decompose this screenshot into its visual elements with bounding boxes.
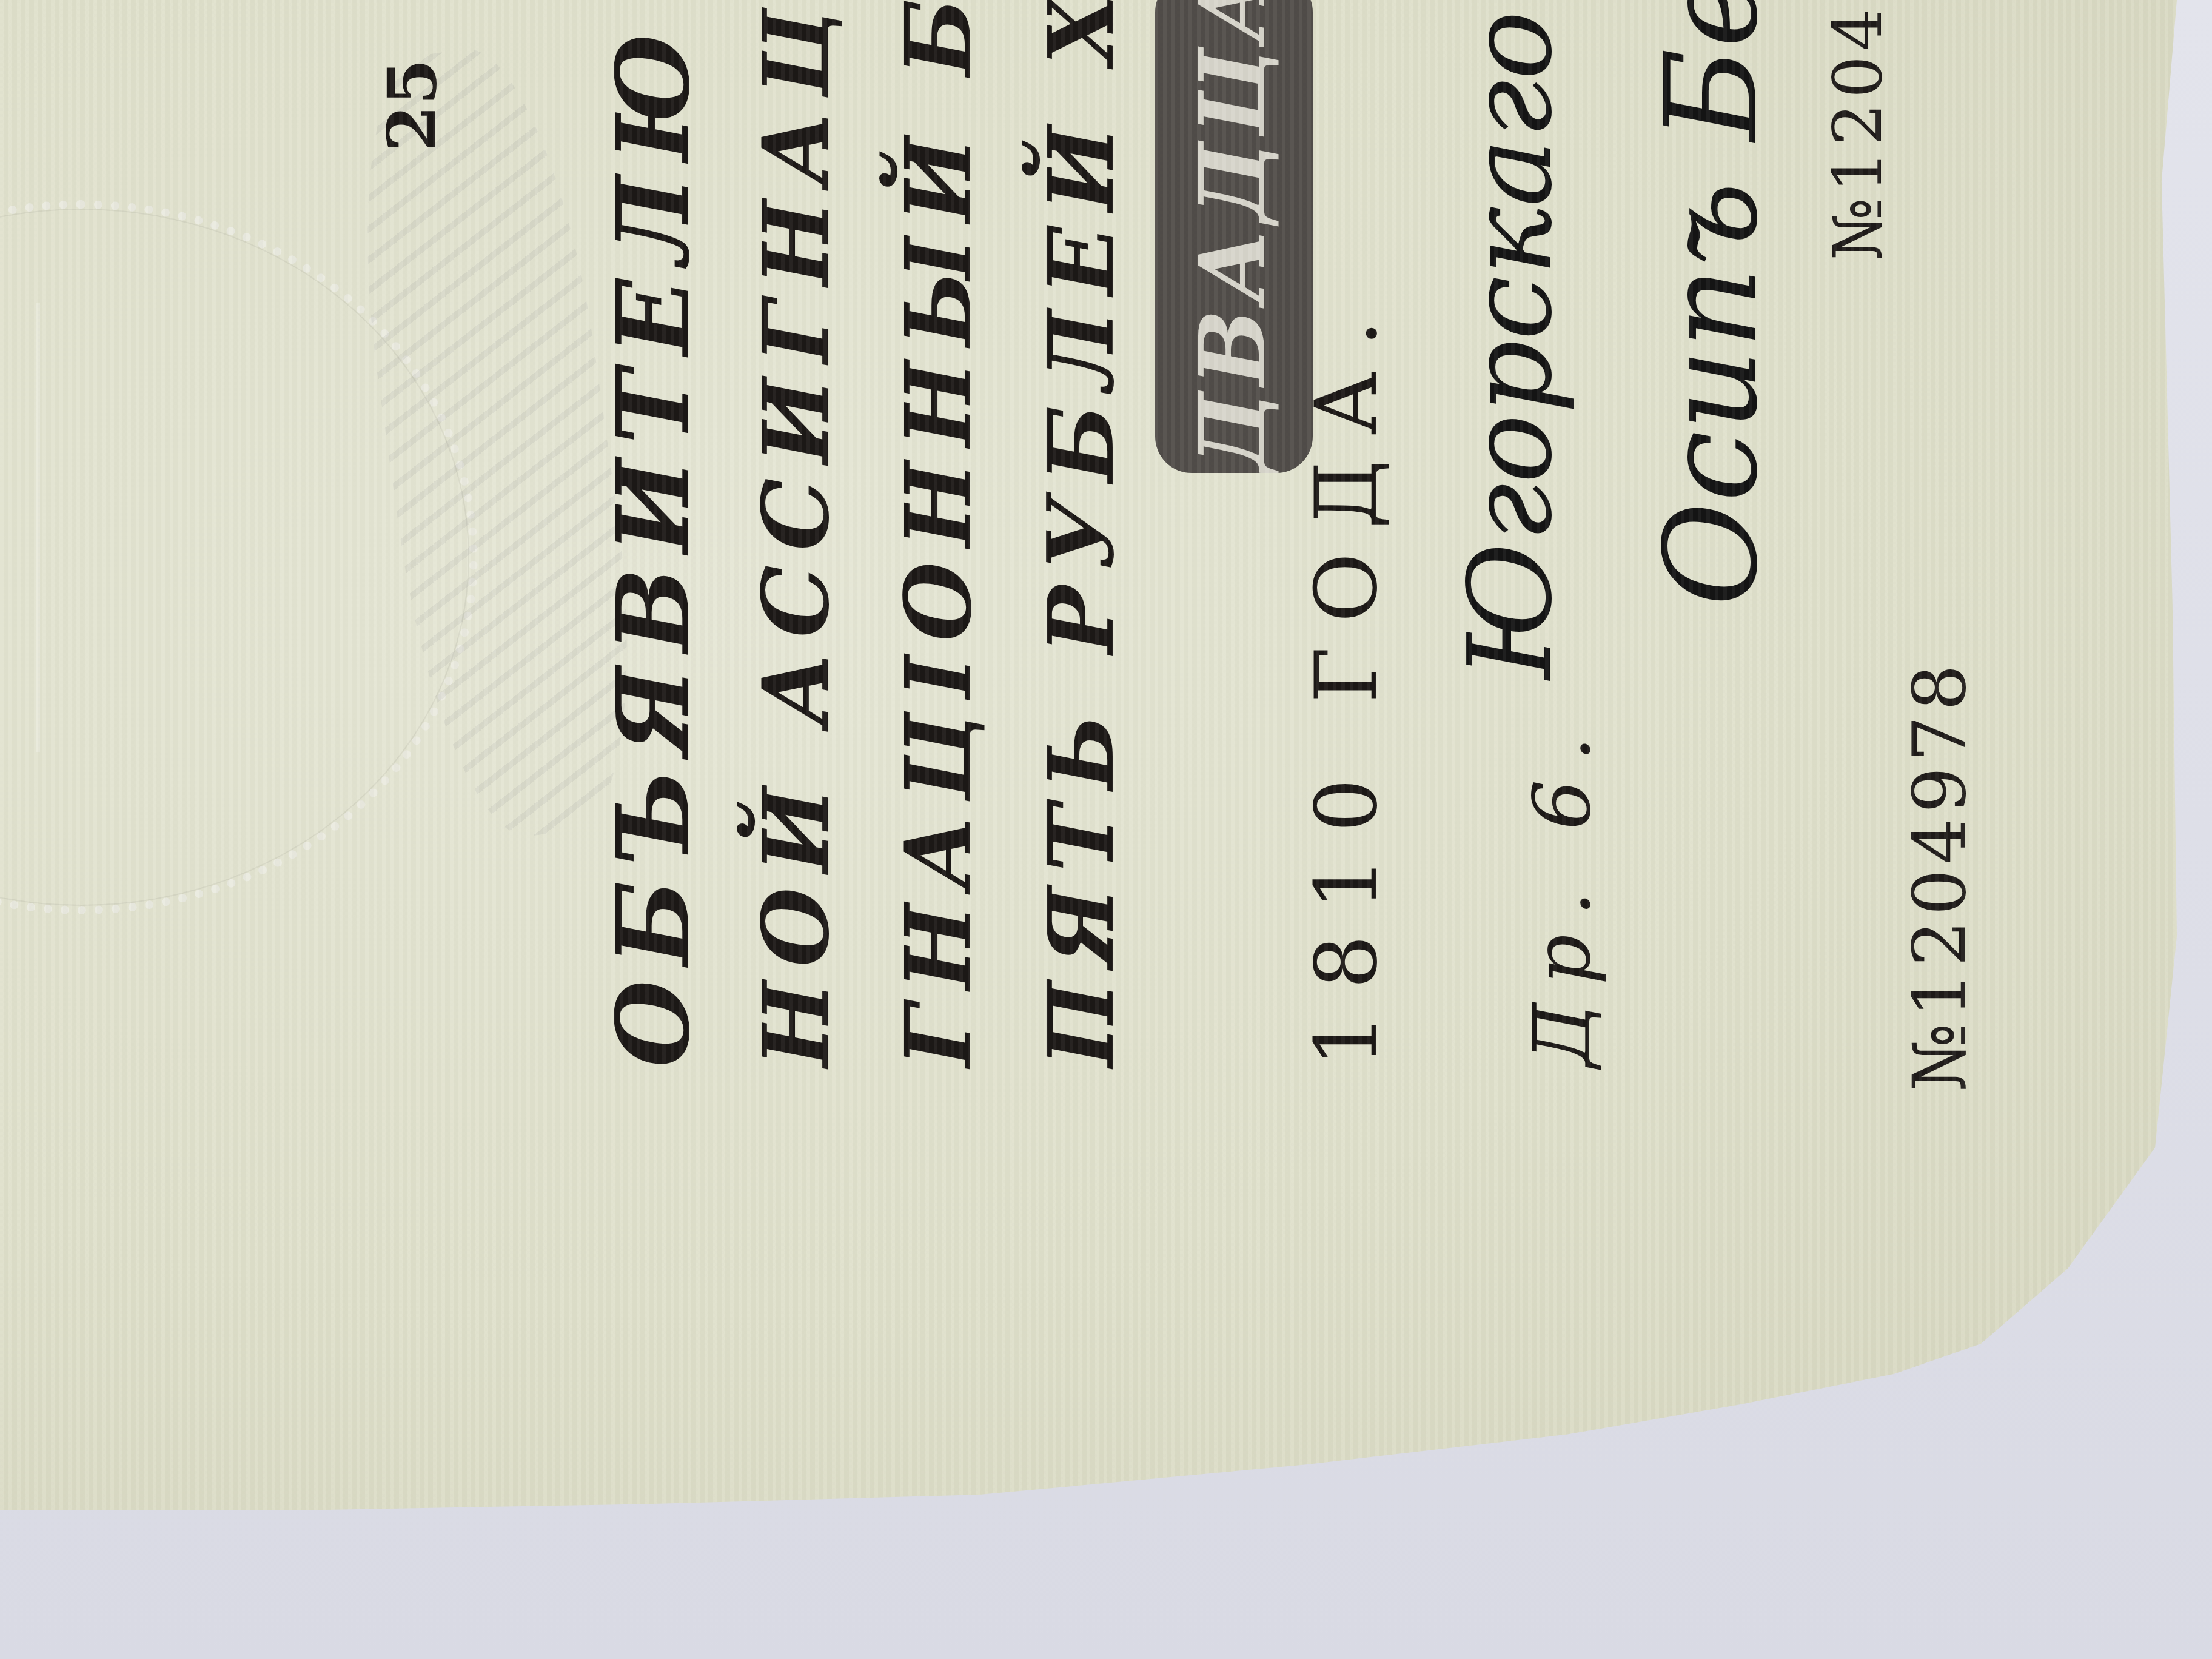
denomination-stamp: ДВАДЦА <box>1155 0 1313 473</box>
serial-number-main: №1204978 <box>1898 660 1982 1091</box>
text-line-2: НОЙ АССИГНАЦИИ П <box>743 0 850 1067</box>
banknote-paper: 25 ОБЪЯВИТЕЛЮ СЕЙ НОЙ АССИГНАЦИИ П ГНАЦІ… <box>0 0 2177 1510</box>
text-line-4: ПЯТЬ РУБЛЕЙ ХОДЯЧЕ <box>1028 0 1134 1067</box>
abbrev-line: Др. 6. <box>1516 718 1608 1067</box>
stamp-text: ДВАДЦА <box>1179 0 1286 473</box>
year-line: 1810 ГОДА. <box>1298 295 1396 1067</box>
text-line-1: ОБЪЯВИТЕЛЮ СЕЙ <box>594 0 712 1067</box>
embossed-seal-detail <box>36 303 331 752</box>
serial-number-top: №12049 <box>1819 0 1897 261</box>
denomination-number: 25 <box>373 59 451 152</box>
signature-1: Югорскаго <box>1443 11 1577 679</box>
text-line-3: ГНАЦІОННЫЙ БАНКЪ <box>885 0 992 1067</box>
signature-2: Осипъ Бел <box>1637 0 1786 606</box>
